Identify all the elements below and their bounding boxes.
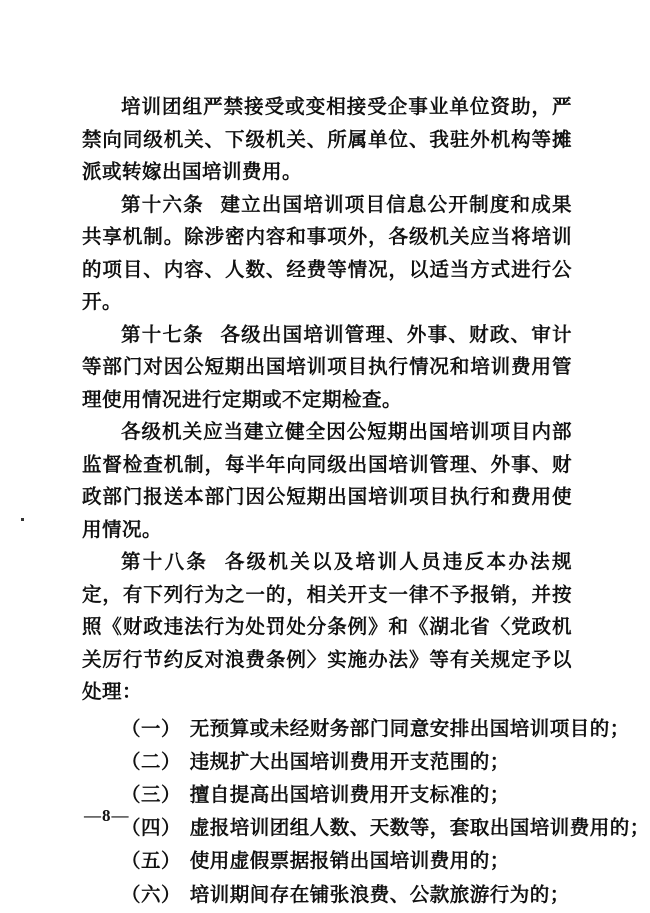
scan-speck <box>21 518 24 521</box>
paragraph: 第十八条各级机关以及培训人员违反本办法规定，有下列行为之一的，相关开支一律不予报… <box>82 547 572 710</box>
list-item: （五）使用虚假票据报销出国培训费用的； <box>82 845 572 878</box>
list-item-text: 培训期间存在铺张浪费、公款旅游行为的； <box>190 885 570 906</box>
paragraph-text: 各级机关以及培训人员违反本办法规定，有下列行为之一的，相关开支一律不予报销，并按… <box>82 552 572 703</box>
numbered-list: （一）无预算或未经财务部门同意安排出国培训项目的； （二）违规扩大出国培训费用开… <box>82 713 572 912</box>
list-item: （二）违规扩大出国培训费用开支范围的； <box>82 746 572 779</box>
list-item-text: 擅自提高出国培训费用开支标准的； <box>190 785 510 806</box>
page-number: —8— <box>84 806 130 826</box>
list-item: （一）无预算或未经财务部门同意安排出国培训项目的； <box>82 713 572 746</box>
scanned-document-page: 培训团组严禁接受或变相接受企事业单位资助，严禁向同级机关、下级机关、所属单位、我… <box>0 0 650 913</box>
paragraph-text: 培训团组严禁接受或变相接受企事业单位资助，严禁向同级机关、下级机关、所属单位、我… <box>82 97 572 183</box>
list-item-text: 无预算或未经财务部门同意安排出国培训项目的； <box>190 719 630 740</box>
list-item-marker: （二） <box>121 752 181 773</box>
list-item-marker: （五） <box>121 851 181 872</box>
list-item-marker: （四） <box>121 818 181 839</box>
list-item-text: 虚报培训团组人数、天数等，套取出国培训费用的； <box>190 818 650 839</box>
paragraph: 培训团组严禁接受或变相接受企事业单位资助，严禁向同级机关、下级机关、所属单位、我… <box>82 92 572 190</box>
paragraph: 第十七条各级出国培训管理、外事、财政、审计等部门对因公短期出国培训项目执行情况和… <box>82 320 572 418</box>
list-item-marker: （六） <box>121 885 181 906</box>
article-number: 第十八条 <box>121 552 208 573</box>
list-item: （四）虚报培训团组人数、天数等，套取出国培训费用的； <box>82 812 572 845</box>
list-item: （三）擅自提高出国培训费用开支标准的； <box>82 779 572 812</box>
article-number: 第十七条 <box>121 325 204 346</box>
paragraph: 各级机关应当建立健全因公短期出国培训项目内部监督检查机制，每半年向同级出国培训管… <box>82 417 572 547</box>
list-item-marker: （三） <box>121 785 181 806</box>
list-item-text: 违规扩大出国培训费用开支范围的； <box>190 752 510 773</box>
article-number: 第十六条 <box>121 195 204 216</box>
list-item-text: 使用虚假票据报销出国培训费用的； <box>190 851 510 872</box>
paragraph: 第十六条建立出国培训项目信息公开制度和成果共享机制。除涉密内容和事项外，各级机关… <box>82 190 572 320</box>
document-body: 培训团组严禁接受或变相接受企事业单位资助，严禁向同级机关、下级机关、所属单位、我… <box>82 92 572 912</box>
list-item-marker: （一） <box>121 719 181 740</box>
list-item: （六）培训期间存在铺张浪费、公款旅游行为的； <box>82 879 572 912</box>
paragraph-text: 各级机关应当建立健全因公短期出国培训项目内部监督检查机制，每半年向同级出国培训管… <box>82 422 572 541</box>
